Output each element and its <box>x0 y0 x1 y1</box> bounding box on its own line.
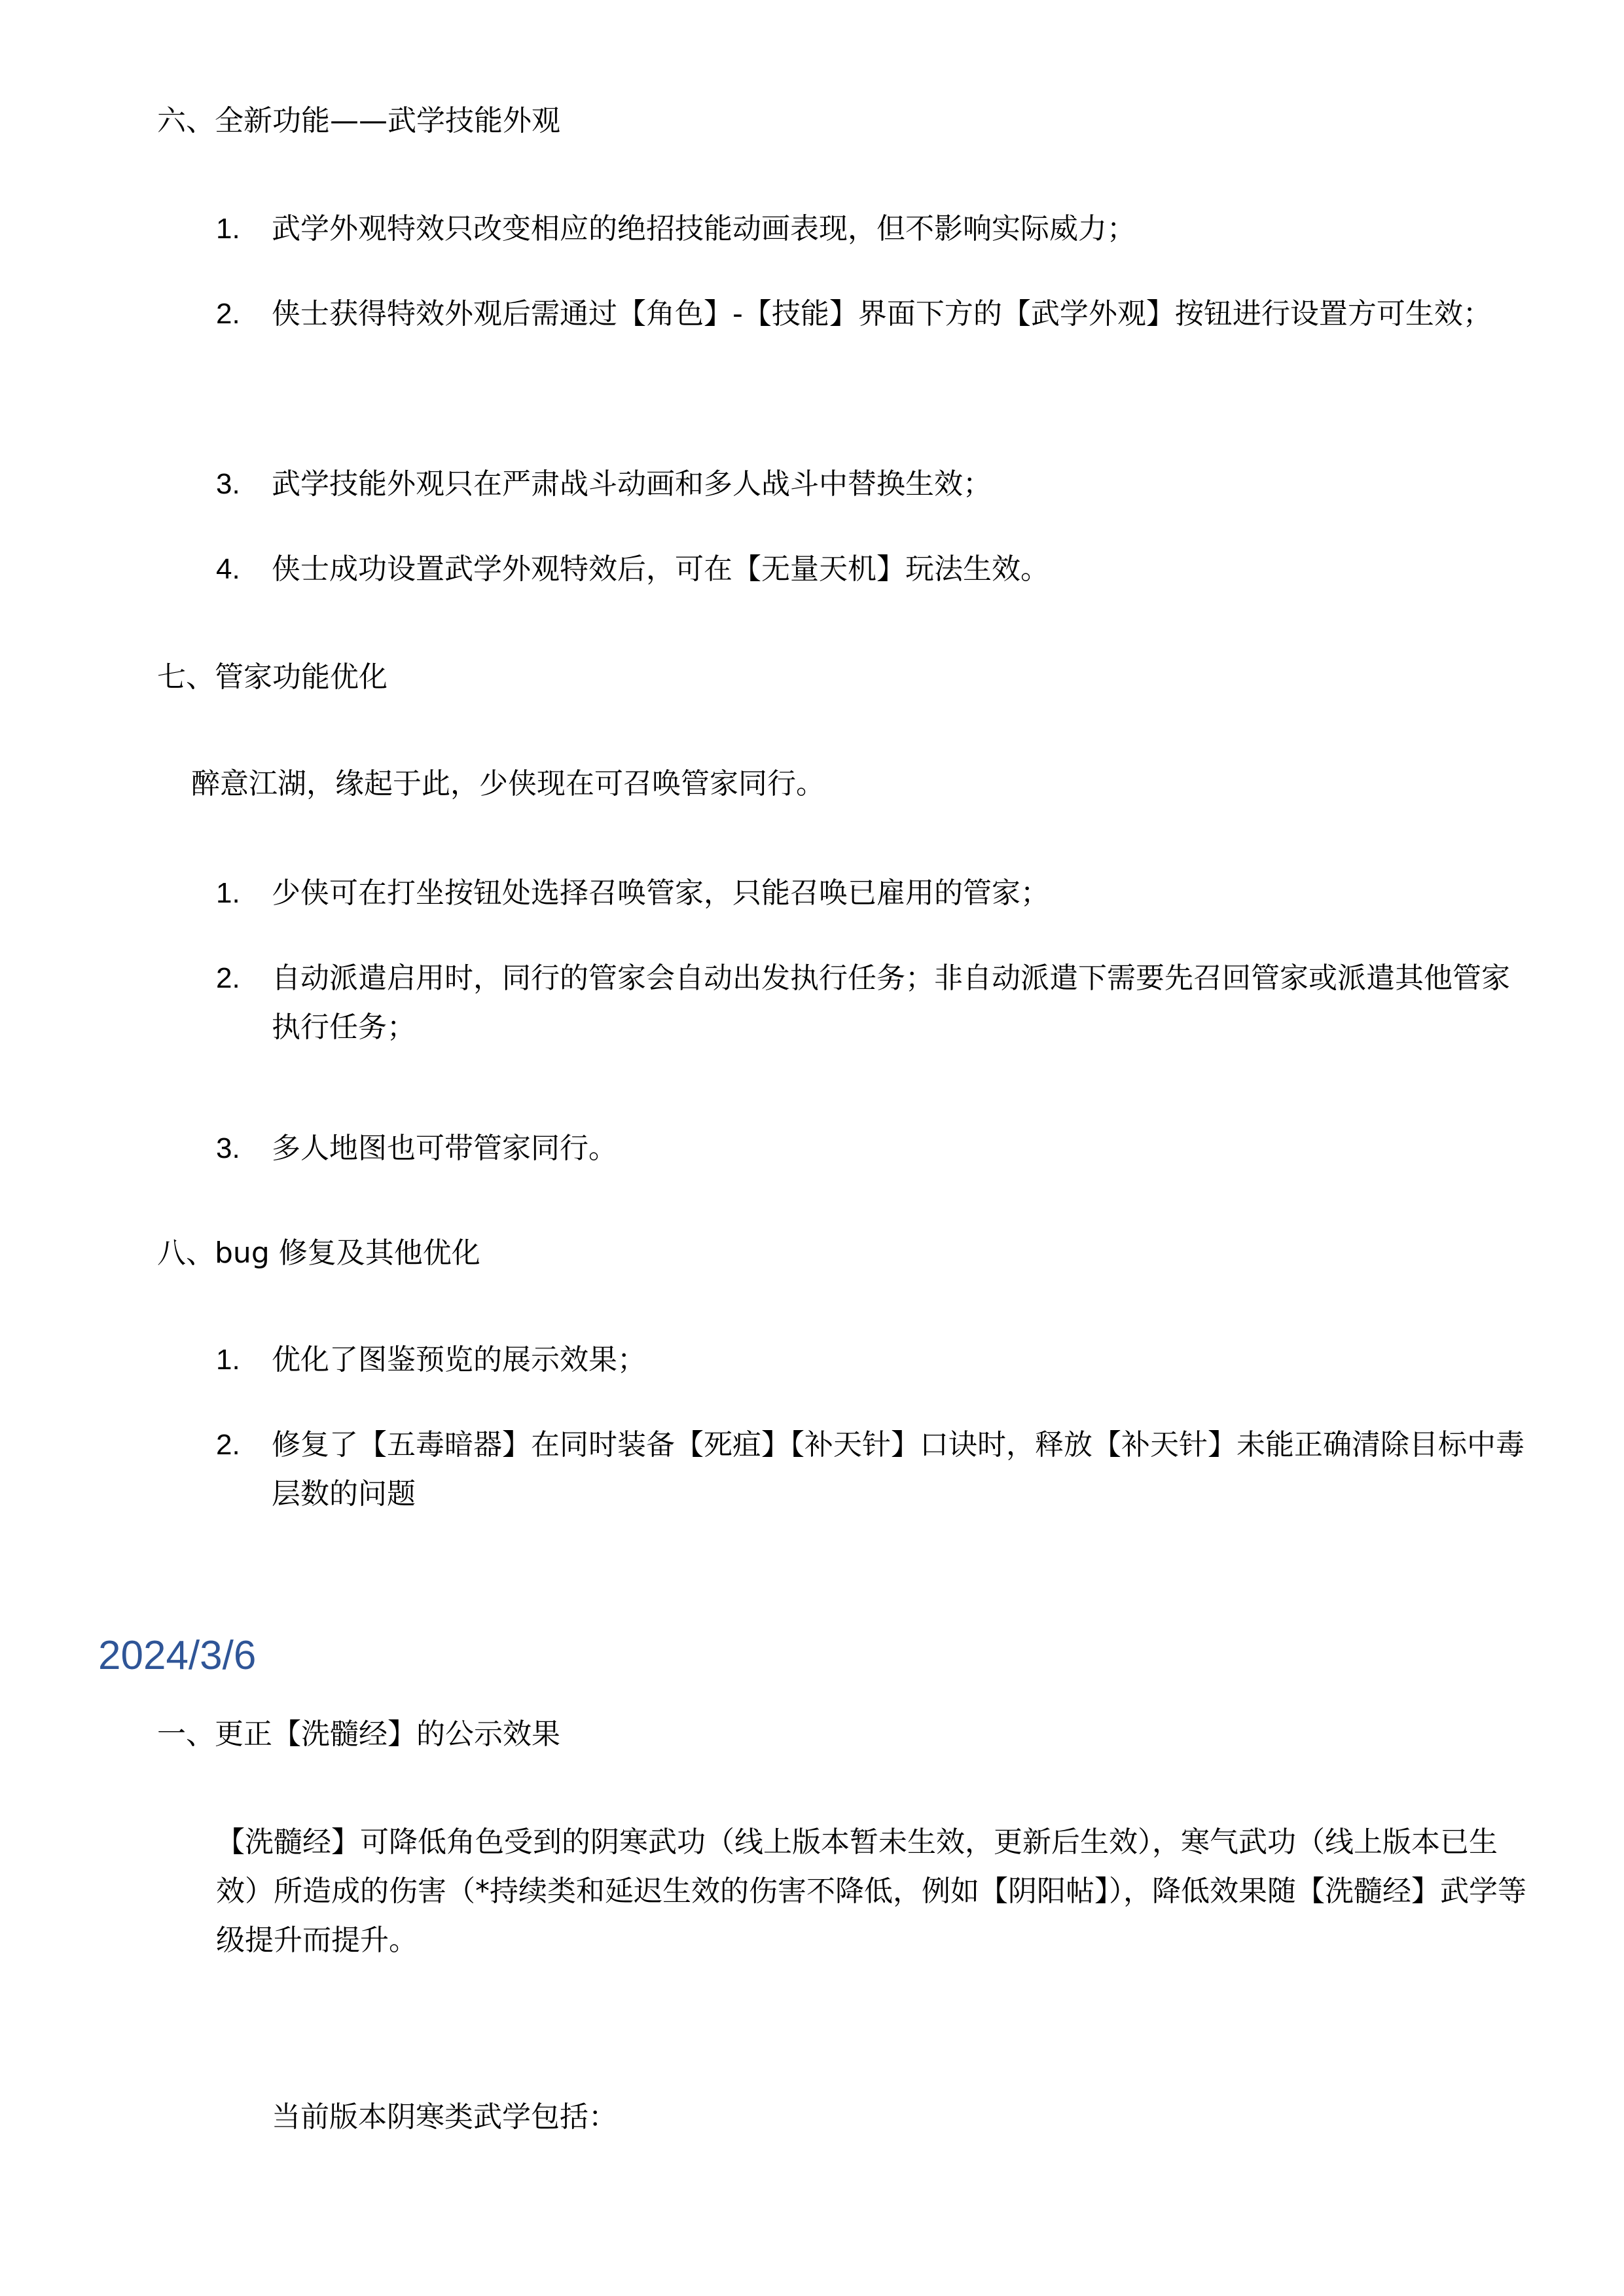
list-number: 1. <box>216 1335 268 1384</box>
sub-label: 当前版本阴寒类武学包括： <box>272 2098 617 2137</box>
list-text: 多人地图也可带管家同行。 <box>272 1124 1532 1173</box>
list-item: 1. 优化了图鉴预览的展示效果； <box>216 1335 1532 1384</box>
list-text: 侠士成功设置武学外观特效后，可在【无量天机】玩法生效。 <box>272 545 1532 594</box>
list-number: 2. <box>216 289 268 338</box>
list-text: 自动派遣启用时，同行的管家会自动出发执行任务；非自动派遣下需要先召回管家或派遣其… <box>272 954 1532 1052</box>
section-paragraph: 【洗髓经】可降低角色受到的阴寒武功（线上版本暂未生效，更新后生效），寒气武功（线… <box>216 1818 1532 1965</box>
list-text: 修复了【五毒暗器】在同时装备【死疽】【补天针】口诀时，释放【补天针】未能正确清除… <box>272 1420 1532 1518</box>
list-text: 侠士获得特效外观后需通过【角色】-【技能】界面下方的【武学外观】按钮进行设置方可… <box>272 289 1532 338</box>
list-item: 3. 多人地图也可带管家同行。 <box>216 1124 1532 1173</box>
list-item: 4. 侠士成功设置武学外观特效后，可在【无量天机】玩法生效。 <box>216 545 1532 594</box>
list-item: 2. 修复了【五毒暗器】在同时装备【死疽】【补天针】口诀时，释放【补天针】未能正… <box>216 1420 1532 1518</box>
list-text: 武学外观特效只改变相应的绝招技能动画表现，但不影响实际威力； <box>272 204 1532 253</box>
list-number: 2. <box>216 1420 268 1469</box>
section-heading-7: 七、管家功能优化 <box>157 658 388 697</box>
list-item: 2. 自动派遣启用时，同行的管家会自动出发执行任务；非自动派遣下需要先召回管家或… <box>216 954 1532 1052</box>
document-page: 六、全新功能——武学技能外观 1. 武学外观特效只改变相应的绝招技能动画表现，但… <box>0 0 1624 2296</box>
list-number: 1. <box>216 869 268 918</box>
list-number: 3. <box>216 1124 268 1173</box>
list-text: 少侠可在打坐按钮处选择召唤管家，只能召唤已雇用的管家； <box>272 869 1532 918</box>
list-number: 2. <box>216 954 268 1003</box>
section-heading-1: 一、更正【洗髓经】的公示效果 <box>157 1715 560 1754</box>
list-number: 3. <box>216 459 268 509</box>
section-heading-8: 八、bug 修复及其他优化 <box>157 1234 480 1273</box>
list-number: 1. <box>216 204 268 253</box>
list-text: 优化了图鉴预览的展示效果； <box>272 1335 1532 1384</box>
list-item: 2. 侠士获得特效外观后需通过【角色】-【技能】界面下方的【武学外观】按钮进行设… <box>216 289 1532 338</box>
section-intro: 醉意江湖，缘起于此，少侠现在可召唤管家同行。 <box>191 764 825 804</box>
section-heading-6: 六、全新功能——武学技能外观 <box>157 101 560 141</box>
list-item: 1. 少侠可在打坐按钮处选择召唤管家，只能召唤已雇用的管家； <box>216 869 1532 918</box>
list-text: 武学技能外观只在严肃战斗动画和多人战斗中替换生效； <box>272 459 1532 509</box>
list-number: 4. <box>216 545 268 594</box>
list-item: 1. 武学外观特效只改变相应的绝招技能动画表现，但不影响实际威力； <box>216 204 1532 253</box>
list-item: 3. 武学技能外观只在严肃战斗动画和多人战斗中替换生效； <box>216 459 1532 509</box>
date-heading: 2024/3/6 <box>98 1630 256 1682</box>
